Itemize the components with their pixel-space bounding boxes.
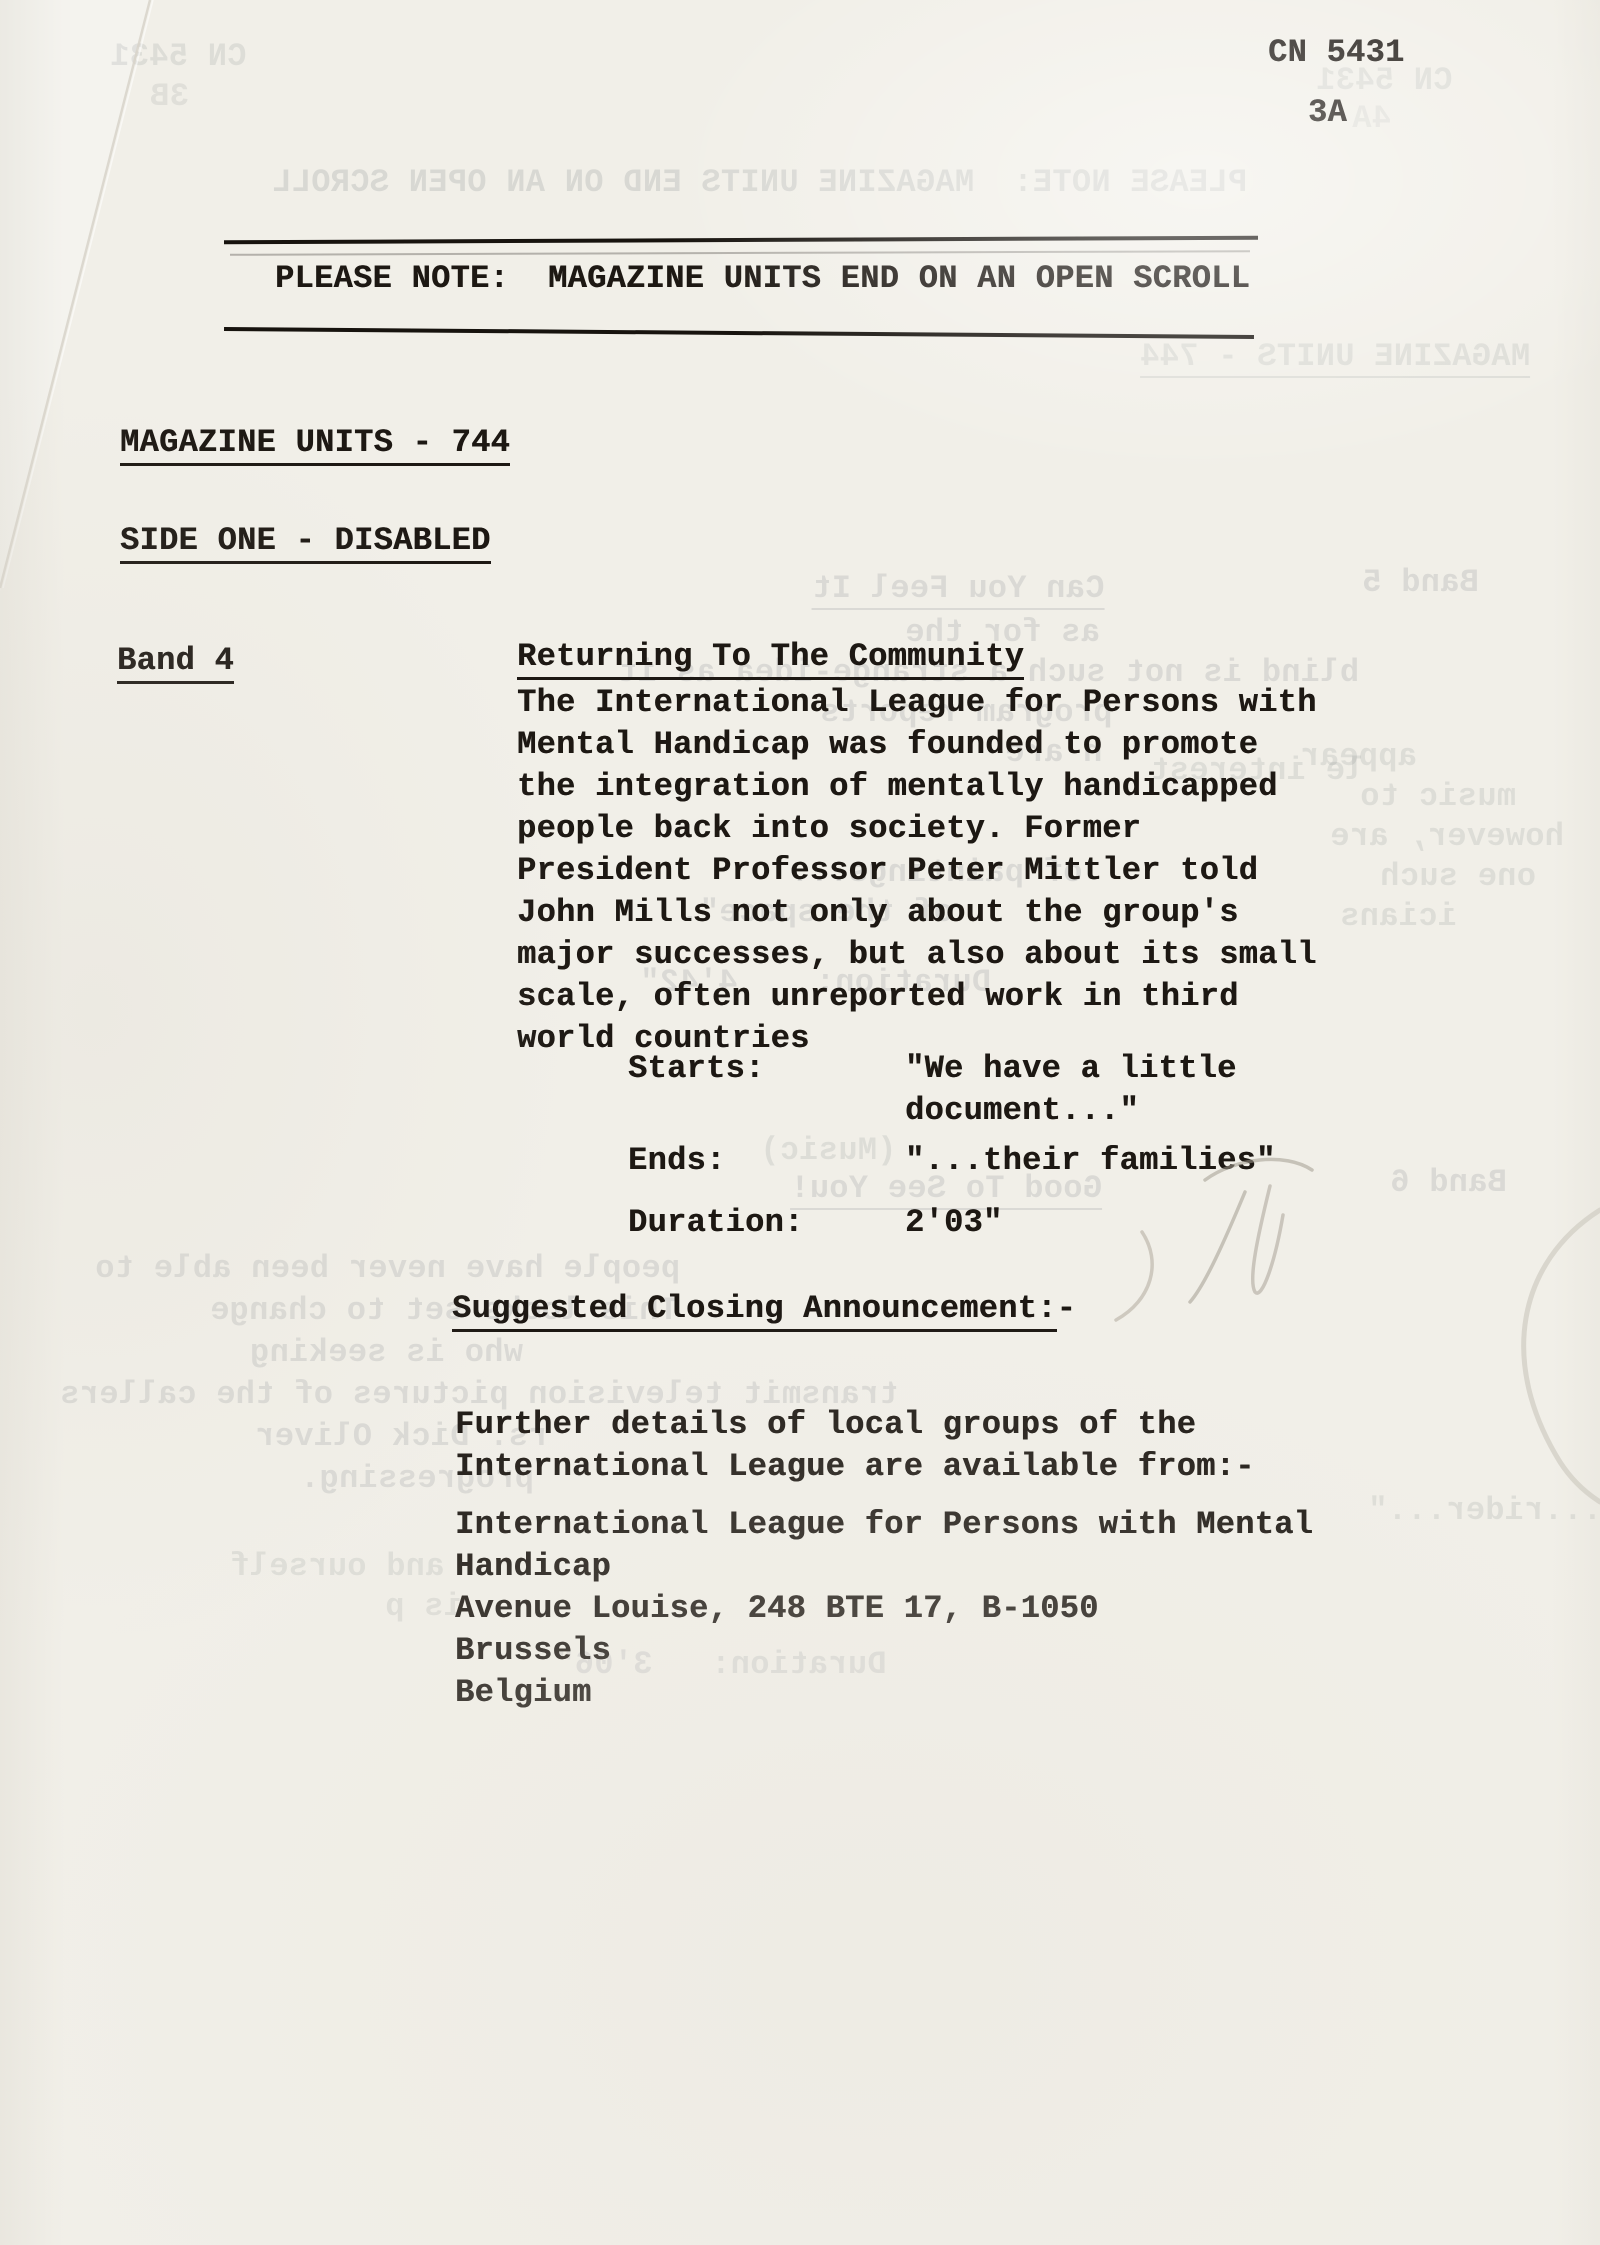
ends-value: "...their families" — [905, 1144, 1276, 1178]
side-one-title: SIDE ONE - DISABLED — [120, 524, 491, 558]
ghost-band5-title-text: Can You Feel It — [812, 570, 1105, 610]
ghost-paragraph-fragment: one such — [1380, 860, 1536, 894]
magazine-units-title-text: MAGAZINE UNITS - 744 — [120, 424, 510, 466]
starts-value-line1: "We have a little — [905, 1052, 1237, 1086]
address-line: International League for Persons with Me… — [455, 1508, 1313, 1542]
ghost-band5-title: Can You Feel It — [812, 572, 1105, 606]
duration-label: Duration: — [628, 1206, 804, 1240]
ghost-music-cue: (Music) — [760, 1134, 897, 1168]
ghost-band6-label: Band 6 — [1390, 1166, 1507, 1200]
band-title-text: Returning To The Community — [517, 638, 1024, 680]
ghost-magazine-title: MAGAZINE UNITS - 744 — [1140, 340, 1530, 374]
ghost-paragraph-fragment: icians — [1340, 900, 1457, 934]
folded-corner — [0, 0, 152, 592]
ghost-paragraph-fragment: is p — [385, 1590, 463, 1624]
closing-line: Further details of local groups of the — [455, 1408, 1196, 1442]
magazine-units-title: MAGAZINE UNITS - 744 — [120, 426, 510, 460]
ghost-paragraph-fragment: and ourself — [230, 1550, 445, 1584]
address-line: Handicap — [455, 1550, 611, 1584]
ghost-paragraph-fragment: music to — [1360, 780, 1516, 814]
description-line: people back into society. Former — [517, 812, 1141, 846]
notice-top-rule-echo — [230, 250, 1250, 256]
starts-value-line2: document..." — [905, 1094, 1139, 1128]
description-line: major successes, but also about its smal… — [517, 938, 1317, 972]
ghost-paragraph-fragment: people have never been able to — [95, 1252, 680, 1286]
ghost-quote-fragment: "...rider..." — [1368, 1494, 1600, 1528]
closing-announcement-heading: Suggested Closing Announcement:- — [452, 1292, 1076, 1326]
ghost-paragraph-fragment: who is seeking — [250, 1336, 523, 1370]
doc-number: CN 5431 — [1268, 36, 1405, 70]
scan-artifacts — [0, 0, 1600, 2245]
closing-announcement-heading-suffix: - — [1057, 1290, 1077, 1327]
notice-bottom-rule — [224, 327, 1254, 339]
ghost-band5-label: Band 5 — [1362, 566, 1479, 600]
side-one-title-text: SIDE ONE - DISABLED — [120, 522, 491, 564]
closing-announcement-heading-text: Suggested Closing Announcement: — [452, 1290, 1057, 1332]
ghost-duplicate-page-label: 4A — [1352, 102, 1391, 136]
closing-line: International League are available from:… — [455, 1450, 1255, 1484]
ghost-magazine-title-text: MAGAZINE UNITS - 744 — [1140, 338, 1530, 378]
description-line: the integration of mentally handicapped — [517, 770, 1278, 804]
band-title: Returning To The Community — [517, 640, 1024, 674]
ghost-paragraph-fragment: appear — [1300, 740, 1417, 774]
ends-label: Ends: — [628, 1144, 726, 1178]
ghost-paragraph-fragment: however, are — [1330, 820, 1564, 854]
address-line: Belgium — [455, 1676, 592, 1710]
starts-label: Starts: — [628, 1052, 765, 1086]
scanned-document-page: CN 5431 3B CN 5431 4A PLEASE NOTE: MAGAZ… — [0, 0, 1600, 2245]
address-line: Brussels — [455, 1634, 611, 1668]
description-line: John Mills not only about the group's — [517, 896, 1239, 930]
address-line: Avenue Louise, 248 BTE 17, B-1050 — [455, 1592, 1099, 1626]
description-line: scale, often unreported work in third — [517, 980, 1239, 1014]
ghost-notice-line: PLEASE NOTE: MAGAZINE UNITS END ON AN OP… — [272, 166, 1247, 200]
ghost-corner-doc-number: CN 5431 — [110, 40, 247, 74]
ghost-corner-page-label: 3B — [150, 80, 189, 114]
description-line: President Professor Peter Mittler told — [517, 854, 1258, 888]
duration-value: 2'03" — [905, 1206, 1003, 1240]
band-label-text: Band 4 — [117, 642, 234, 684]
notice-text: PLEASE NOTE: MAGAZINE UNITS END ON AN OP… — [275, 262, 1250, 296]
page-label: 3A — [1308, 96, 1347, 130]
description-line: Mental Handicap was founded to promote — [517, 728, 1258, 762]
description-line: The International League for Persons wit… — [517, 686, 1317, 720]
band-label: Band 4 — [117, 644, 234, 678]
notice-top-rule — [224, 236, 1258, 245]
paper-texture-overlay — [0, 0, 1600, 2245]
